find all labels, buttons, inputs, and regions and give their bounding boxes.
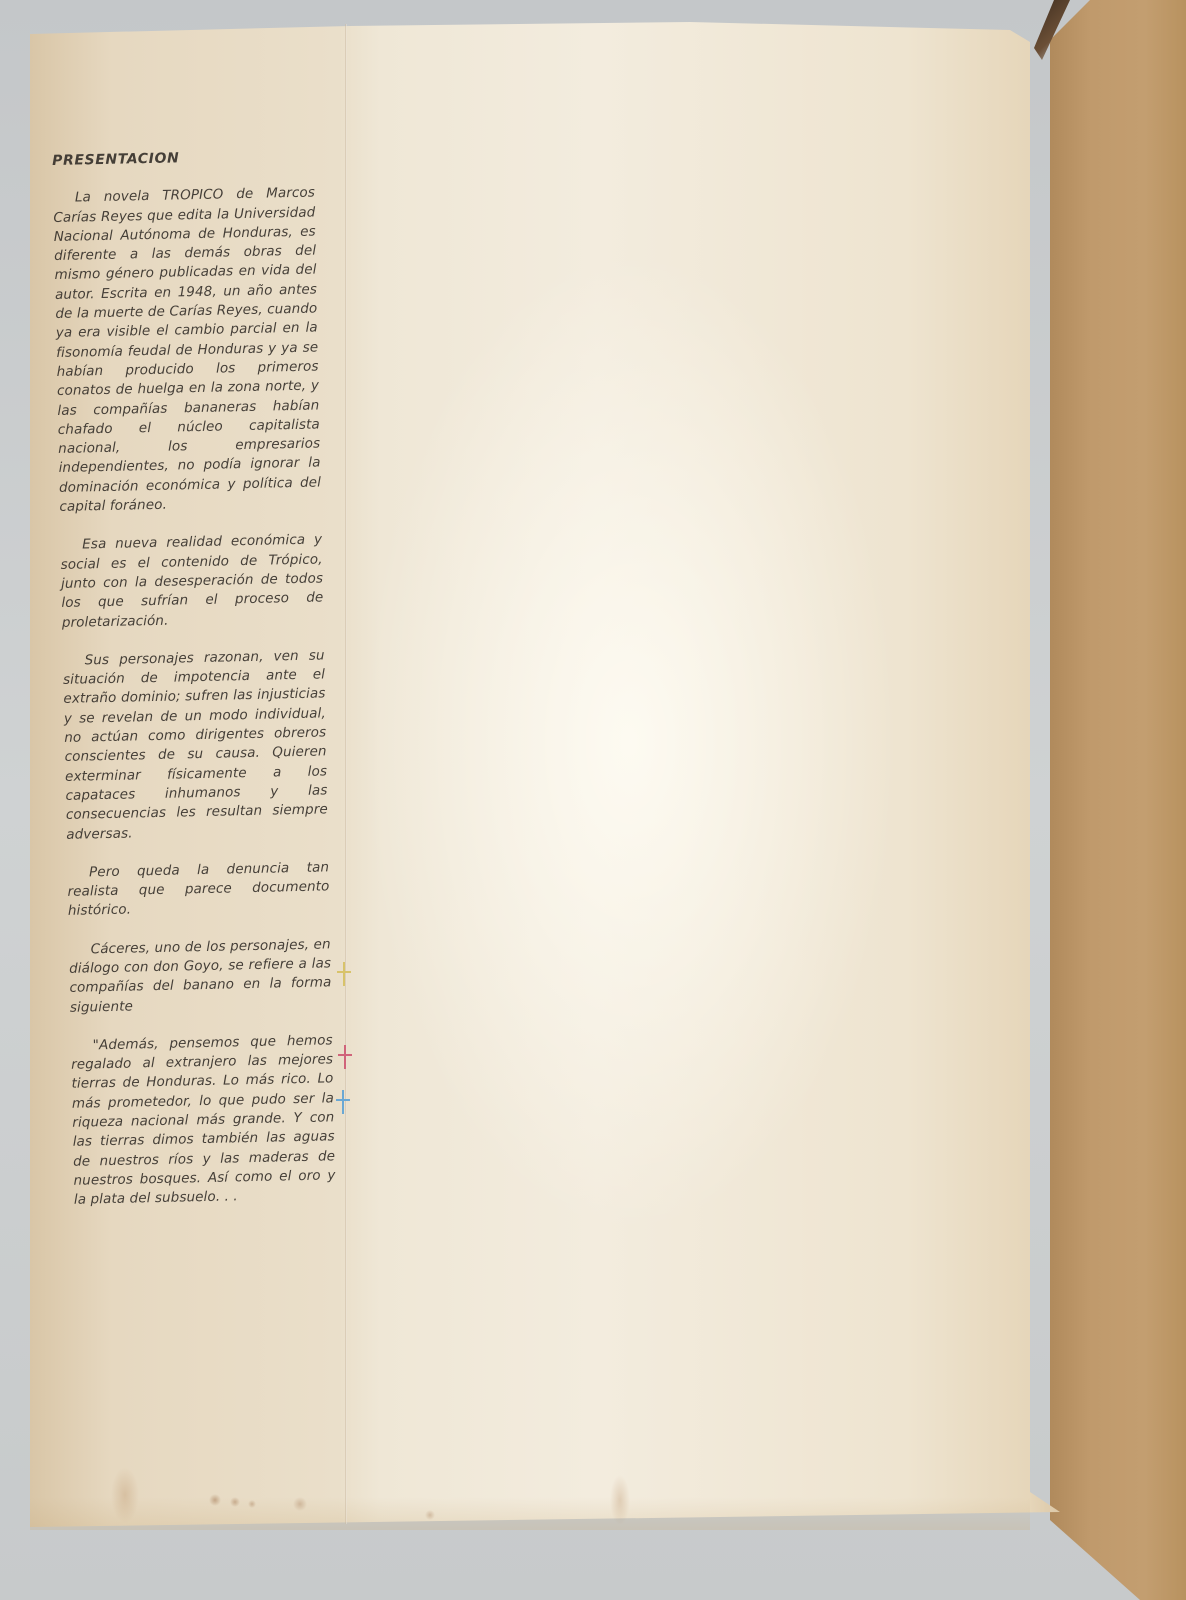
- registration-mark-red-icon: [338, 1045, 352, 1069]
- quotation-paragraph: "Además, pensemos que hemos regalado al …: [71, 1031, 337, 1210]
- paragraph: Sus personajes razonan, ven su situación…: [62, 646, 328, 844]
- paragraph: Cáceres, uno de los personajes, en diálo…: [69, 935, 333, 1018]
- paragraph: La novela TROPICO de Marcos Carías Reyes…: [53, 184, 322, 517]
- registration-mark-yellow-icon: [337, 962, 351, 986]
- flap-fold-line: [345, 24, 347, 1524]
- cardboard-backing: [1050, 0, 1186, 1600]
- paragraph: Pero queda la denuncia tan realista que …: [67, 858, 330, 921]
- section-heading: PRESENTACION: [52, 147, 314, 172]
- registration-mark-blue-icon: [336, 1090, 350, 1114]
- flap-text-column: PRESENTACION La novela TROPICO de Marcos…: [52, 147, 337, 1230]
- paragraph: Esa nueva realidad económica y social es…: [60, 531, 324, 633]
